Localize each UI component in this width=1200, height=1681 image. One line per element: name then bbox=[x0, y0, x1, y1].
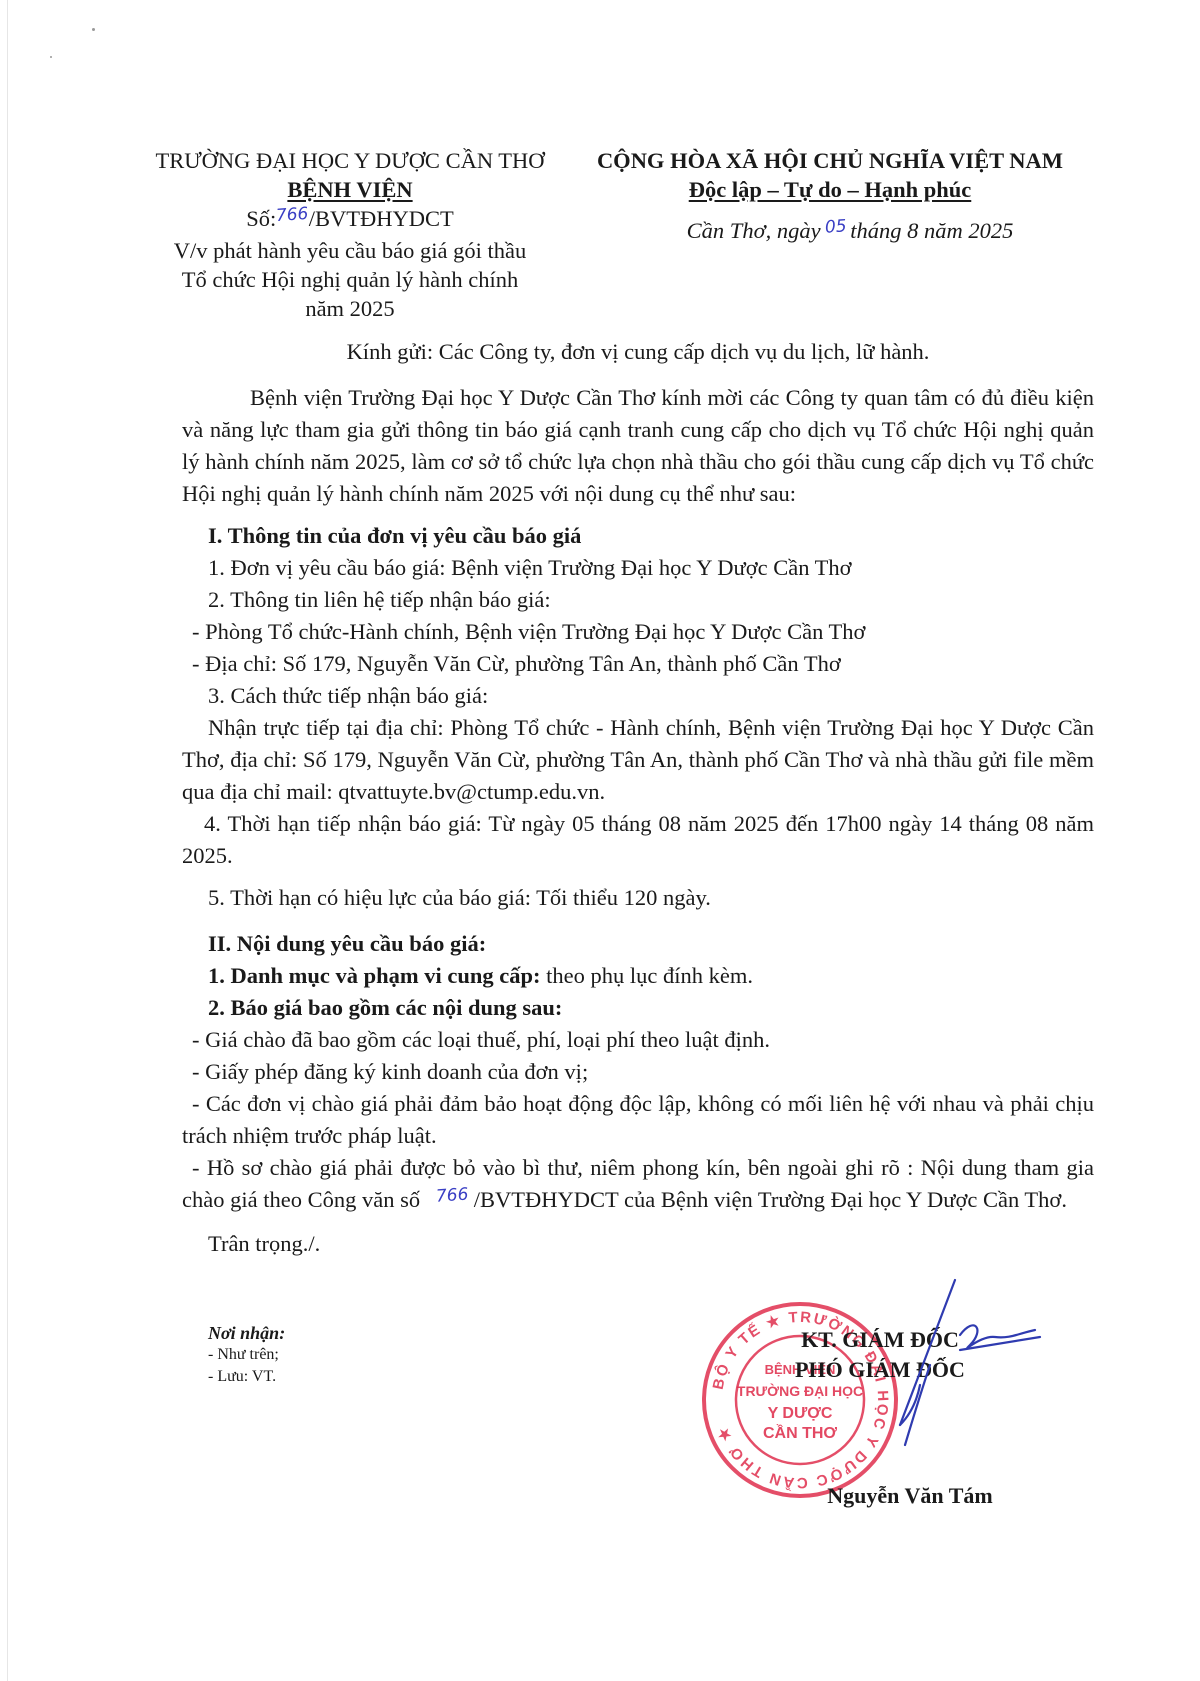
section-1-heading: I. Thông tin của đơn vị yêu cầu báo giá bbox=[182, 520, 1094, 552]
signer-name: Nguyễn Văn Tám bbox=[760, 1483, 1060, 1509]
subject-line: V/v phát hành yêu cầu báo giá gói thầu bbox=[140, 236, 560, 265]
scan-edge bbox=[7, 0, 8, 1681]
salutation: Kính gửi: Các Công ty, đơn vị cung cấp d… bbox=[182, 336, 1094, 368]
requirement-bullet: - Giá chào đã bao gồm các loại thuế, phí… bbox=[182, 1024, 1094, 1056]
number-suffix: /BVTĐHYDCT bbox=[309, 206, 454, 231]
item-label: 1. Danh mục và phạm vi cung cấp: bbox=[208, 963, 541, 988]
handwritten-number: 766 bbox=[275, 200, 309, 231]
document-number: Số:766/BVTĐHYDCT bbox=[140, 204, 560, 236]
organization-name: TRƯỜNG ĐẠI HỌC Y DƯỢC CẦN THƠ bbox=[140, 146, 560, 175]
letter-body: Kính gửi: Các Công ty, đơn vị cung cấp d… bbox=[182, 336, 1094, 1260]
section-1-item-3: 3. Cách thức tiếp nhận báo giá: bbox=[182, 680, 1094, 712]
recipient-item: - Như trên; bbox=[208, 1344, 285, 1366]
number-prefix: Số: bbox=[246, 206, 276, 231]
intro-paragraph: Bệnh viện Trường Đại học Y Dược Cần Thơ … bbox=[182, 382, 1094, 510]
date-suffix: tháng 8 năm 2025 bbox=[850, 218, 1013, 243]
requirement-bullet: - Các đơn vị chào giá phải đảm bảo hoạt … bbox=[182, 1088, 1094, 1152]
date-prefix: Cần Thơ, ngày bbox=[687, 218, 821, 243]
document-date: Cần Thơ, ngày05tháng 8 năm 2025 bbox=[580, 216, 1080, 248]
bullet-text: /BVTĐHYDCT của Bệnh viện Trường Đại học … bbox=[474, 1187, 1067, 1212]
handwritten-signature-icon bbox=[860, 1275, 1060, 1465]
stamp-line: Y DƯỢC bbox=[768, 1405, 833, 1422]
scan-speck bbox=[50, 56, 52, 58]
section-1-item-4: 4. Thời hạn tiếp nhận báo giá: Từ ngày 0… bbox=[182, 808, 1094, 872]
requirement-bullet-envelope: - Hồ sơ chào giá phải được bỏ vào bì thư… bbox=[182, 1152, 1094, 1218]
item-value: theo phụ lục đính kèm. bbox=[541, 963, 753, 988]
subject-line: năm 2025 bbox=[140, 294, 560, 323]
requirement-bullet: - Giấy phép đăng ký kinh doanh của đơn v… bbox=[182, 1056, 1094, 1088]
closing: Trân trọng./. bbox=[182, 1228, 1094, 1260]
section-1-item-1: 1. Đơn vị yêu cầu báo giá: Bệnh viện Trư… bbox=[182, 552, 1094, 584]
scan-speck bbox=[92, 28, 95, 31]
contact-address: - Địa chỉ: Số 179, Nguyễn Văn Cừ, phường… bbox=[182, 648, 1094, 680]
unit-name: BỆNH VIỆN bbox=[140, 175, 560, 204]
handwritten-number: 766 bbox=[425, 1179, 470, 1214]
national-title: CỘNG HÒA XÃ HỘI CHỦ NGHĨA VIỆT NAM bbox=[580, 146, 1080, 175]
section-2-item-2: 2. Báo giá bao gồm các nội dung sau: bbox=[182, 992, 1094, 1024]
contact-department: - Phòng Tổ chức-Hành chính, Bệnh viện Tr… bbox=[182, 616, 1094, 648]
recipients-title: Nơi nhận: bbox=[208, 1322, 285, 1344]
section-1-item-5: 5. Thời hạn có hiệu lực của báo giá: Tối… bbox=[182, 882, 1094, 914]
recipients-block: Nơi nhận: - Như trên; - Lưu: VT. bbox=[208, 1322, 285, 1388]
stamp-line: CẦN THƠ bbox=[763, 1423, 837, 1442]
issuer-header: TRƯỜNG ĐẠI HỌC Y DƯỢC CẦN THƠ BỆNH VIỆN … bbox=[140, 146, 560, 323]
document-page: TRƯỜNG ĐẠI HỌC Y DƯỢC CẦN THƠ BỆNH VIỆN … bbox=[0, 0, 1200, 1681]
section-2-item-1: 1. Danh mục và phạm vi cung cấp: theo ph… bbox=[182, 960, 1094, 992]
recipient-item: - Lưu: VT. bbox=[208, 1366, 285, 1388]
handwritten-day: 05 bbox=[824, 212, 848, 242]
national-header: CỘNG HÒA XÃ HỘI CHỦ NGHĨA VIỆT NAM Độc l… bbox=[580, 146, 1080, 248]
section-1-item-2: 2. Thông tin liên hệ tiếp nhận báo giá: bbox=[182, 584, 1094, 616]
subject-line: Tổ chức Hội nghị quản lý hành chính bbox=[140, 265, 560, 294]
section-2-heading: II. Nội dung yêu cầu báo giá: bbox=[182, 928, 1094, 960]
submission-method: Nhận trực tiếp tại địa chỉ: Phòng Tổ chứ… bbox=[182, 712, 1094, 808]
national-motto: Độc lập – Tự do – Hạnh phúc bbox=[580, 175, 1080, 204]
